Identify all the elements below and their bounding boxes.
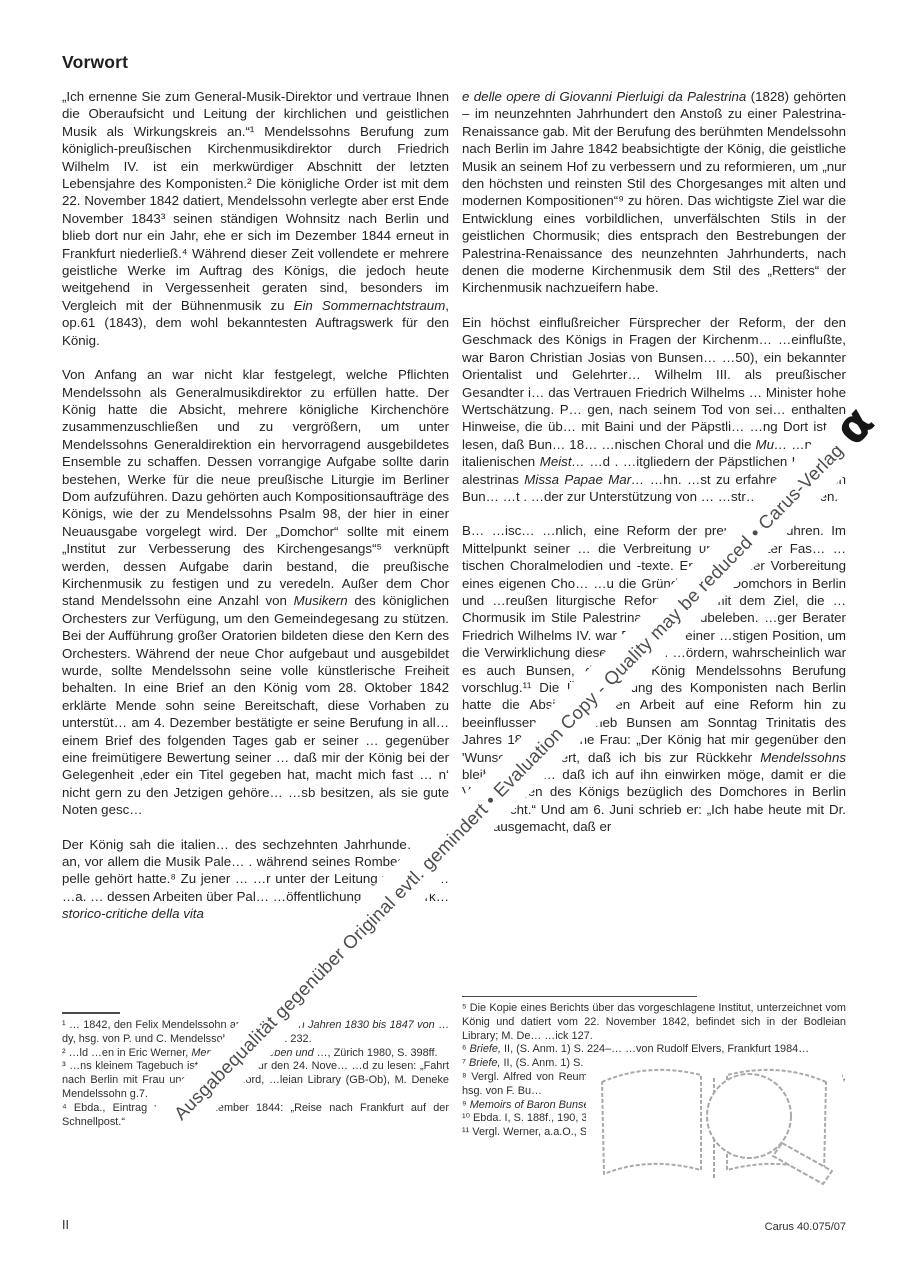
catalog-number: Carus 40.075/07 <box>650 1221 846 1233</box>
paragraph: „Ich ernenne Sie zum General-Musik-Direk… <box>62 88 449 349</box>
footnote: ⁴ Ebda., Eintrag vom 7. Dezember 1844: „… <box>62 1102 449 1130</box>
page-title: Vorwort <box>62 52 128 73</box>
left-column: „Ich ernenne Sie zum General-Musik-Direk… <box>62 88 449 940</box>
paragraph: e delle opere di Giovanni Pierluigi da P… <box>462 88 846 297</box>
book-magnifier-logo <box>586 1058 842 1198</box>
footnote-divider <box>462 996 697 997</box>
page-number: II <box>62 1218 69 1232</box>
paragraph: Von Anfang an war nicht klar festgelegt,… <box>62 366 449 819</box>
scanned-preface-page: Vorwort „Ich ernenne Sie zum General-Mus… <box>0 0 900 1268</box>
footnote-divider <box>62 1012 120 1014</box>
footnote: ⁵ Die Kopie eines Berichts über das vorg… <box>462 1002 846 1043</box>
footnote: ⁶ Briefe, II, (S. Anm. 1) S. 224–… …von … <box>462 1043 846 1057</box>
